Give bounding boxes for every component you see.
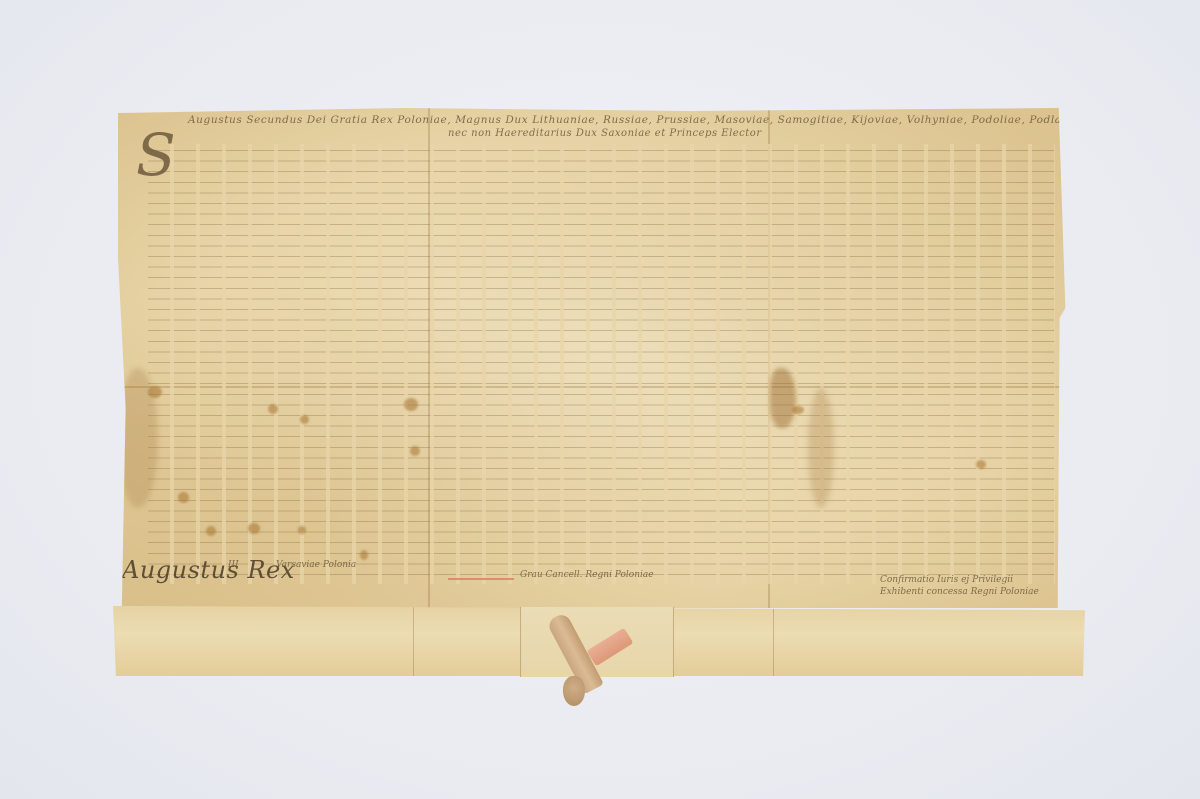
photo-background: S Augustus Secundus Dei Gratia Rex Polon…: [0, 0, 1200, 799]
water-stain: [808, 388, 834, 508]
signature-note: Varsaviae Polonia: [276, 560, 356, 570]
stain-spot: [792, 406, 804, 414]
stain-spot: [404, 398, 418, 411]
countersignature: Confirmatio Iuris ej Privilegii Exhibent…: [880, 574, 1060, 598]
stain-spot: [300, 415, 309, 424]
stain-spot: [360, 550, 368, 560]
ribbon-knot: [563, 676, 585, 706]
chancellery-note: Grau Cancell. Regni Poloniae: [520, 570, 654, 580]
stain-spot: [248, 523, 260, 534]
countersign-line: Exhibenti concessa Regni Poloniae: [880, 586, 1060, 598]
charter-heading-2: nec non Haereditarius Dux Saxoniae et Pr…: [448, 128, 762, 139]
stain-spot: [178, 492, 189, 503]
stain-spot: [976, 460, 986, 469]
seal-tab: [520, 607, 674, 677]
stain-spot: [410, 446, 420, 456]
flap-crease: [773, 606, 774, 676]
signature-note: III: [228, 560, 239, 570]
edge-stain: [118, 368, 158, 508]
flap-crease: [413, 606, 414, 676]
handwritten-body-text: [148, 144, 1055, 584]
stain-spot: [206, 526, 216, 536]
red-ink-underline: [448, 578, 514, 580]
countersign-line: Confirmatio Iuris ej Privilegii: [880, 574, 1060, 586]
stain-spot: [268, 404, 278, 414]
water-stain: [770, 368, 796, 428]
parchment-sheet: S Augustus Secundus Dei Gratia Rex Polon…: [118, 108, 1073, 608]
charter-heading: Augustus Secundus Dei Gratia Rex Polonia…: [188, 114, 1048, 126]
royal-signature: Augustus Rex: [122, 556, 295, 584]
stain-spot: [298, 526, 306, 534]
